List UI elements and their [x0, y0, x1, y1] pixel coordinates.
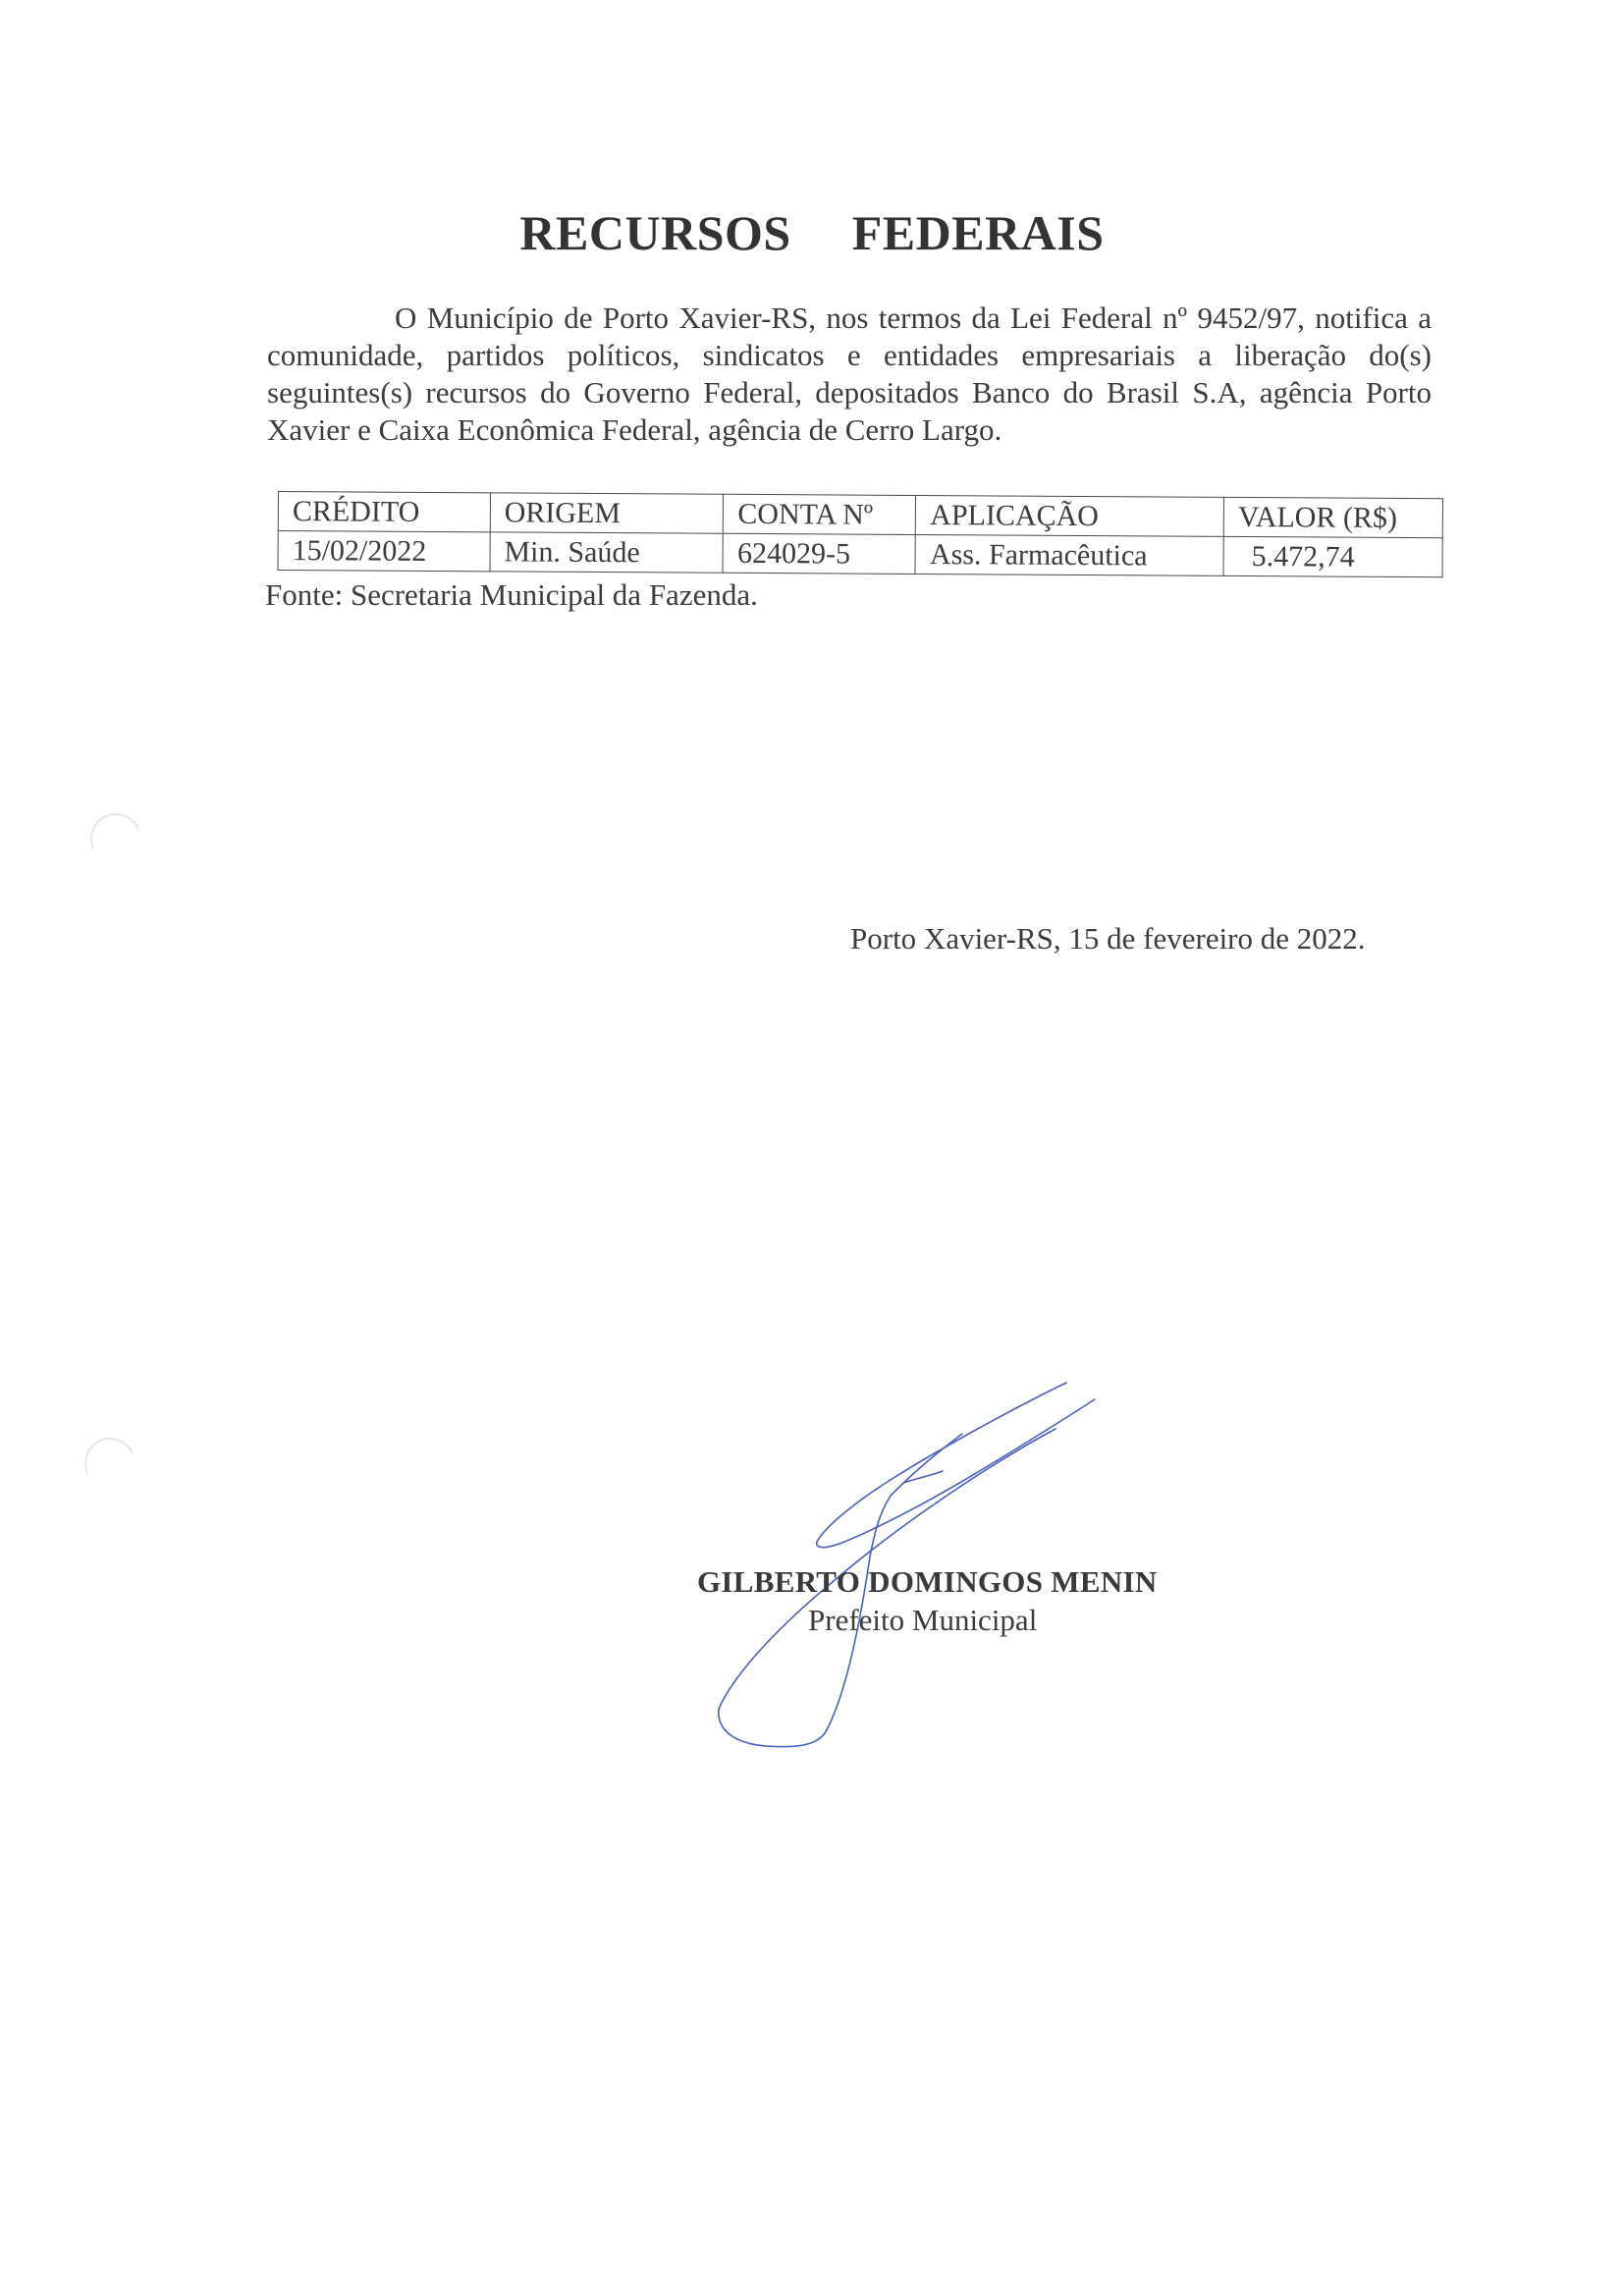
header-credito: CRÉDITO — [278, 492, 490, 532]
resources-table: CRÉDITO ORIGEM CONTA Nº APLICAÇÃO VALOR … — [278, 491, 1443, 577]
intro-paragraph: O Município de Porto Xavier-RS, nos term… — [267, 300, 1432, 449]
hole-punch-mark — [78, 1431, 143, 1497]
cell-conta: 624029-5 — [723, 533, 915, 574]
signature-icon — [677, 1355, 1227, 1768]
signer-name: GILBERTO DOMINGOS MENIN — [697, 1564, 1158, 1600]
cell-aplicacao: Ass. Farmacêutica — [915, 534, 1223, 575]
hole-punch-mark — [83, 806, 149, 872]
source-note: Fonte: Secretaria Municipal da Fazenda. — [265, 577, 758, 613]
document-title: RECURSOSFEDERAIS — [0, 204, 1624, 261]
table-row: 15/02/2022 Min. Saúde 624029-5 Ass. Farm… — [278, 531, 1442, 577]
title-word: FEDERAIS — [852, 204, 1105, 261]
cell-valor: 5.472,74 — [1223, 536, 1442, 576]
header-aplicacao: APLICAÇÃO — [916, 495, 1224, 536]
cell-credito: 15/02/2022 — [278, 531, 490, 572]
header-origem: ORIGEM — [490, 493, 724, 533]
signer-role: Prefeito Municipal — [808, 1603, 1037, 1638]
place-date: Porto Xavier-RS, 15 de fevereiro de 2022… — [850, 921, 1366, 957]
header-conta: CONTA Nº — [724, 494, 916, 534]
title-word: RECURSOS — [519, 204, 790, 261]
header-valor: VALOR (R$) — [1223, 497, 1442, 537]
cell-origem: Min. Saúde — [490, 532, 724, 573]
